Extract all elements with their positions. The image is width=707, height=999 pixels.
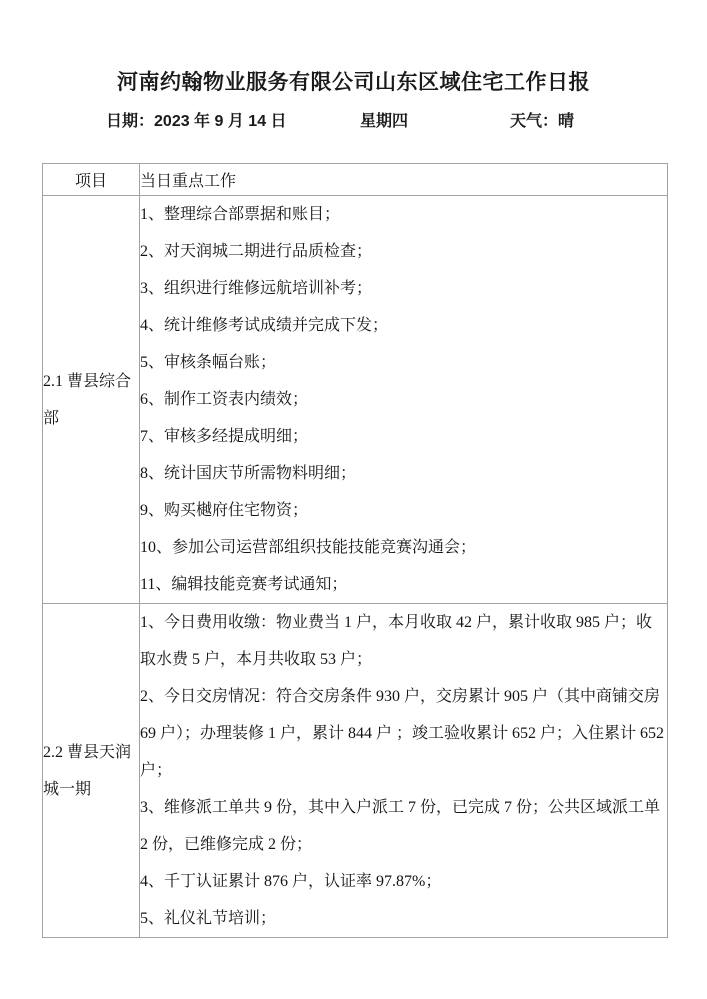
work-report-table: 项目 当日重点工作 2.1 曹县综合部 1、整理综合部票据和账目；2、对天润城二… <box>42 163 668 938</box>
report-meta: 日期：2023 年 9 月 14 日 星期四 天气：晴 <box>0 111 707 133</box>
weather-label: 天气： <box>510 113 558 130</box>
report-weekday: 星期四 <box>360 111 408 133</box>
work-cell-tianrun: 1、今日费用收缴：物业费当 1 户，本月收取 42 户，累计收取 985 户；收… <box>140 604 668 938</box>
work-cell-dept: 1、整理综合部票据和账目；2、对天润城二期进行品质检查；3、组织进行维修远航培训… <box>140 196 668 604</box>
weather-value: 晴 <box>558 113 574 130</box>
work-item: 5、礼仪礼节培训； <box>140 900 667 937</box>
work-item: 11、编辑技能竞赛考试通知； <box>140 566 667 603</box>
table-header-row: 项目 当日重点工作 <box>43 164 668 196</box>
work-item: 1、今日费用收缴：物业费当 1 户，本月收取 42 户，累计收取 985 户；收… <box>140 604 667 678</box>
date-value: 2023 年 9 月 14 日 <box>154 113 287 130</box>
table-row-project: 2.2 曹县天润城一期 1、今日费用收缴：物业费当 1 户，本月收取 42 户，… <box>43 604 668 938</box>
column-header-key-work: 当日重点工作 <box>140 164 668 196</box>
work-item: 1、整理综合部票据和账目； <box>140 196 667 233</box>
work-item: 3、组织进行维修远航培训补考； <box>140 270 667 307</box>
project-name-tianrun: 2.2 曹县天润城一期 <box>43 604 140 938</box>
daily-report-page: 河南约翰物业服务有限公司山东区域住宅工作日报 日期：2023 年 9 月 14 … <box>0 0 707 999</box>
table-row-dept: 2.1 曹县综合部 1、整理综合部票据和账目；2、对天润城二期进行品质检查；3、… <box>43 196 668 604</box>
work-item: 7、审核多经提成明细； <box>140 418 667 455</box>
work-item: 4、千丁认证累计 876 户，认证率 97.87%； <box>140 863 667 900</box>
work-item: 6、制作工资表内绩效； <box>140 381 667 418</box>
work-item: 3、维修派工单共 9 份，其中入户派工 7 份，已完成 7 份；公共区域派工单 … <box>140 789 667 863</box>
project-name-dept: 2.1 曹县综合部 <box>43 196 140 604</box>
work-item: 2、对天润城二期进行品质检查； <box>140 233 667 270</box>
work-item: 2、今日交房情况：符合交房条件 930 户，交房累计 905 户（其中商铺交房 … <box>140 678 667 789</box>
date-label: 日期： <box>106 113 154 130</box>
work-item: 8、统计国庆节所需物料明细； <box>140 455 667 492</box>
work-items-tianrun: 1、今日费用收缴：物业费当 1 户，本月收取 42 户，累计收取 985 户；收… <box>140 604 667 937</box>
report-weather: 天气：晴 <box>510 111 574 133</box>
report-title: 河南约翰物业服务有限公司山东区域住宅工作日报 <box>0 0 707 96</box>
work-item: 4、统计维修考试成绩并完成下发； <box>140 307 667 344</box>
work-item: 5、审核条幅台账； <box>140 344 667 381</box>
work-item: 9、购买樾府住宅物资； <box>140 492 667 529</box>
work-items-dept: 1、整理综合部票据和账目；2、对天润城二期进行品质检查；3、组织进行维修远航培训… <box>140 196 667 603</box>
work-item: 10、参加公司运营部组织技能技能竞赛沟通会； <box>140 529 667 566</box>
report-date: 日期：2023 年 9 月 14 日 <box>106 111 287 133</box>
column-header-project: 项目 <box>43 164 140 196</box>
